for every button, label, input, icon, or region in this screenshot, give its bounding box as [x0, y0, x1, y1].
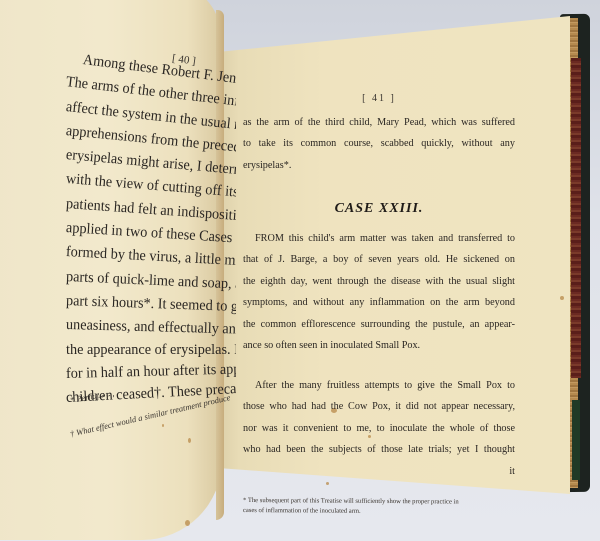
case-heading: CASE XXIII. [243, 198, 515, 220]
text-line: ance so often seen in inoculated Small P… [243, 335, 515, 357]
footnote-right: * The subsequent part of this Treatise w… [243, 496, 515, 518]
text-line: symptoms, and without any inflammation o… [243, 292, 515, 314]
right-page-text: [ 41 ] as the arm of the third child, Ma… [243, 88, 515, 516]
left-page-text: Among these Robert F. Jenner did not The… [66, 46, 236, 410]
foxing-spot [560, 296, 564, 300]
footnote-line: cases of inflammation of the inoculated … [243, 506, 515, 518]
marbled-binding-green [572, 400, 580, 480]
text-line: nor was it convenient to me, to inoculat… [243, 418, 515, 440]
catchword: it [243, 461, 515, 483]
text-line: After the many fruitless attempts to giv… [243, 375, 515, 397]
left-page-footnotes: * Perhaps a few touches with the lapis s… [70, 395, 230, 463]
page-number-right: [ 41 ] [243, 88, 515, 110]
text-line: FROM this child's arm matter was taken a… [243, 228, 515, 250]
text-line: the common efflorescence surrounding the… [243, 314, 515, 336]
marbled-binding-red [571, 58, 581, 378]
text-line: who had been the subjects of those late … [243, 439, 515, 461]
text-line: those who had had the Cow Pox, it did no… [243, 396, 515, 418]
text-line: that of J. Barge, a boy of seven years o… [243, 249, 515, 271]
book-photo: [ 41 ] as the arm of the third child, Ma… [0, 0, 600, 541]
text-line: erysipelas*. [243, 155, 515, 177]
text-line: the eighth day, went through the disease… [243, 271, 515, 293]
foxing-spot [185, 520, 190, 526]
text-line: as the arm of the third child, Mary Pead… [243, 112, 515, 134]
text-line: to take its common course, scabbed quick… [243, 133, 515, 155]
footnote-line: † What effect would a similar treatment … [70, 395, 227, 439]
